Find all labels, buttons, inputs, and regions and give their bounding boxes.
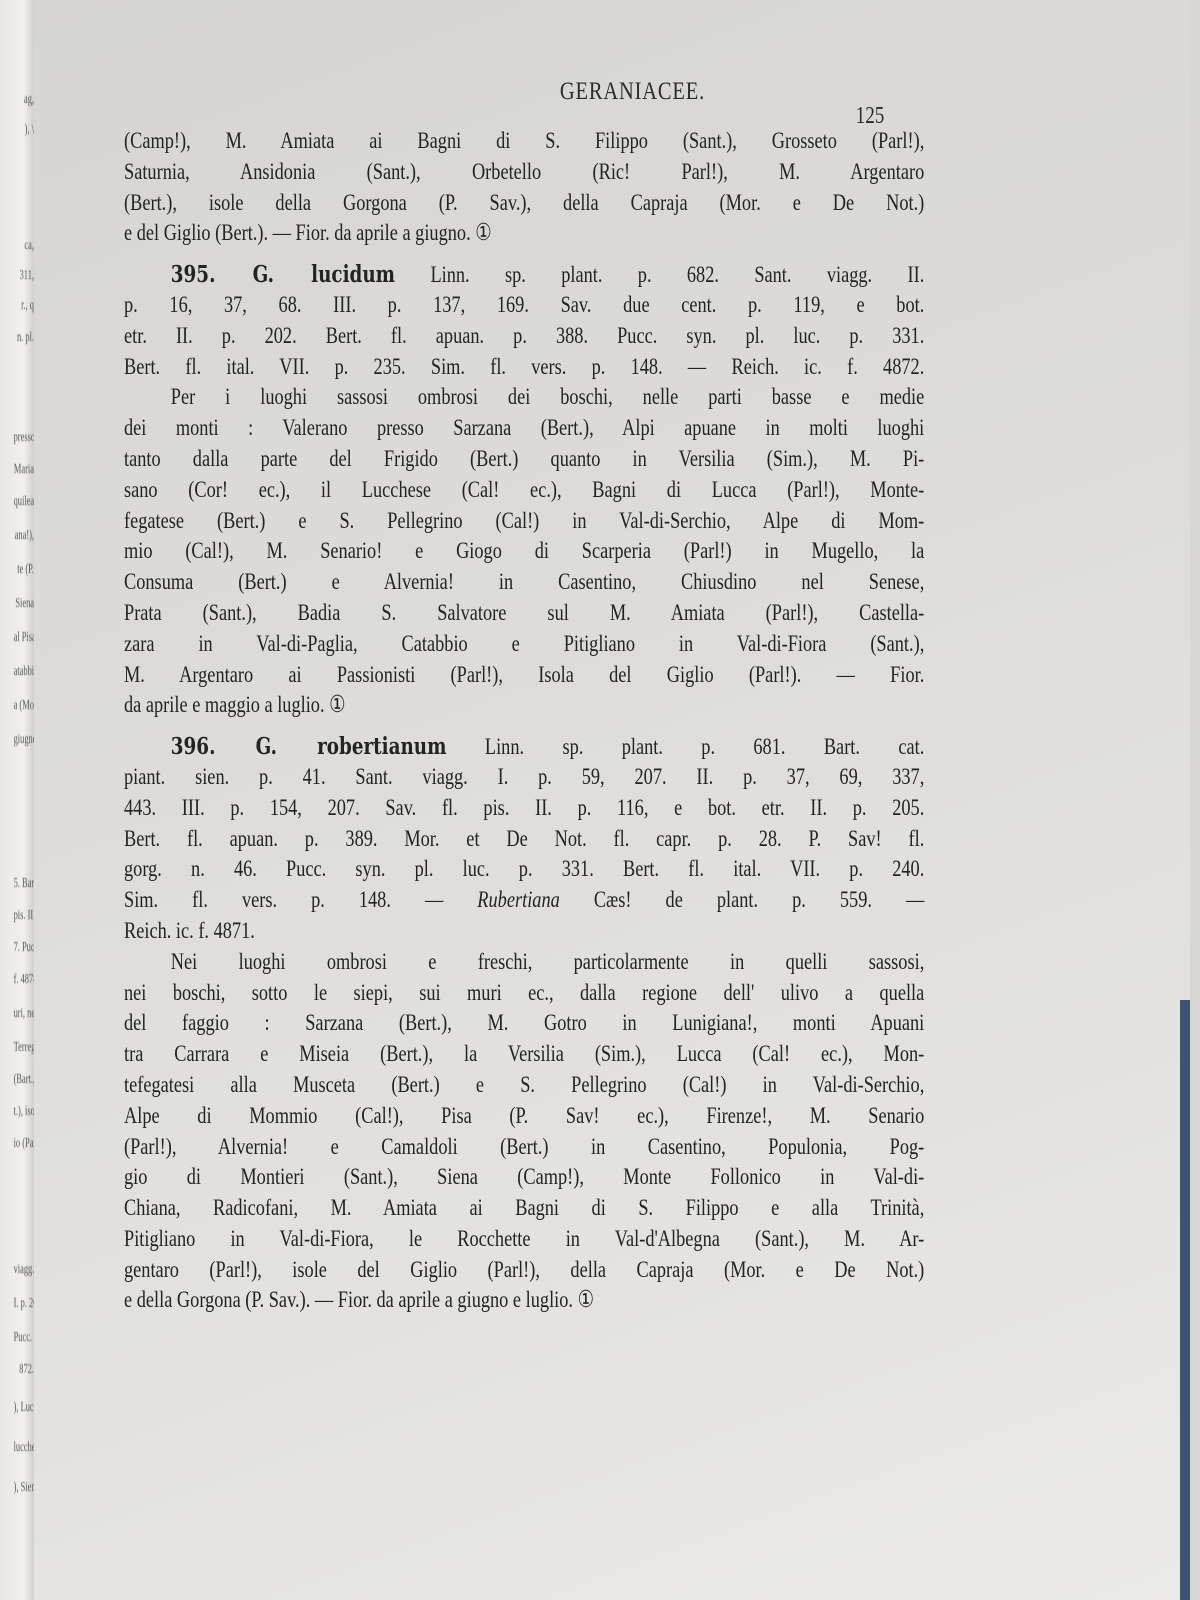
facing-page-text-fragment: ), Siena	[14, 1480, 34, 1496]
species-entry-395: 395. G. lucidum Linn. sp. plant. p. 682.…	[124, 259, 924, 382]
habitat-paragraph-395: Per i luoghi sassosi ombrosi dei boschi,…	[124, 382, 924, 721]
text-line: Per i luoghi sassosi ombrosi dei boschi,…	[124, 382, 924, 413]
facing-page-text-fragment: 311,	[14, 268, 34, 284]
facing-page-text-fragment: ), Lucca	[14, 1400, 34, 1416]
facing-page-text-fragment: giugno,	[14, 732, 34, 748]
entry-heading-line: 396. G. robertianum Linn. sp. plant. p. …	[124, 731, 924, 762]
text-line: tra Carrara e Miseia (Bert.), la Versili…	[124, 1039, 924, 1070]
page-body: (Camp!), M. Amiata ai Bagni di S. Filipp…	[124, 126, 924, 1316]
text-line: Bert. fl. ital. VII. p. 235. Sim. fl. ve…	[124, 352, 924, 383]
text-line: Nei luoghi ombrosi e freschi, particolar…	[124, 947, 924, 978]
entry-number: 395	[171, 260, 209, 288]
text-line: sano (Cor! ec.), il Lucchese (Cal! ec.),…	[124, 475, 924, 506]
text-line: del faggio : Sarzana (Bert.), M. Gotro i…	[124, 1008, 924, 1039]
facing-page-text-fragment: te (P.	[14, 562, 34, 578]
text-line: mio (Cal!), M. Senario! e Giogo di Scarp…	[124, 536, 924, 567]
text-line: Bert. fl. apuan. p. 389. Mor. et De Not.…	[124, 824, 924, 855]
facing-page-text-fragment: atabbio	[14, 664, 34, 680]
synonym-name: Rubertiana	[477, 887, 559, 913]
continuation-paragraph: (Camp!), M. Amiata ai Bagni di S. Filipp…	[124, 126, 924, 249]
facing-page-text-fragment: quilea	[14, 494, 34, 510]
text-line: 443. III. p. 154, 207. Sav. fl. pis. II.…	[124, 793, 924, 824]
facing-page-text-fragment: ca,	[14, 238, 34, 254]
text-line: e del Giglio (Bert.). — Fior. da aprile …	[124, 218, 924, 249]
text-line: Pitigliano in Val-di-Fiora, le Rocchette…	[124, 1224, 924, 1255]
text-line: (Bert.), isole della Gorgona (P. Sav.), …	[124, 188, 924, 219]
text-line: tanto dalla parte del Frigido (Bert.) qu…	[124, 444, 924, 475]
text-line: tefegatesi alla Musceta (Bert.) e S. Pel…	[124, 1070, 924, 1101]
facing-page-text-fragment: (Bart.,	[14, 1072, 34, 1088]
running-title: GERANIACEE.	[559, 78, 704, 106]
facing-page-edge: ag,), \ca,311,r., qn. pl.pressoMariaquil…	[0, 0, 34, 1600]
book-cover-edge	[1180, 1000, 1190, 1600]
text-line: dei monti : Valerano presso Sarzana (Ber…	[124, 413, 924, 444]
text-line: e della Gorgona (P. Sav.). — Fior. da ap…	[124, 1285, 924, 1316]
facing-page-text-fragment: f. 4878	[14, 972, 34, 988]
facing-page-text-fragment: n. pl.	[14, 330, 34, 346]
facing-page-text-fragment: ag,	[14, 92, 34, 108]
facing-page-text-fragment: Siena	[14, 596, 34, 612]
facing-page-text-fragment: 872.	[14, 1362, 34, 1378]
text-line: gentaro (Parl!), isole del Giglio (Parl!…	[124, 1255, 924, 1286]
text-line: Alpe di Mommio (Cal!), Pisa (P. Sav! ec.…	[124, 1101, 924, 1132]
facing-page-text-fragment: ana!),	[14, 528, 34, 544]
text-line: Prata (Sant.), Badia S. Salvatore sul M.…	[124, 598, 924, 629]
text-line: etr. II. p. 202. Bert. fl. apuan. p. 388…	[124, 321, 924, 352]
page-header: GERANIACEE.	[34, 78, 1190, 106]
facing-page-text-fragment: a (Mor.	[14, 698, 34, 714]
entry-number: 396	[171, 732, 209, 760]
habitat-paragraph-396: Nei luoghi ombrosi e freschi, particolar…	[124, 947, 924, 1317]
text-line: zara in Val-di-Paglia, Catabbio e Pitigl…	[124, 629, 924, 660]
facing-page-text-fragment: Maria	[14, 462, 34, 478]
facing-page-text-fragment: 5. Bart	[14, 876, 34, 892]
facing-page-text-fragment: ), \	[14, 122, 34, 138]
text-line: (Camp!), M. Amiata ai Bagni di S. Filipp…	[124, 126, 924, 157]
species-name: G. lucidum	[253, 260, 395, 288]
synonym-line: Sim. fl. vers. p. 148. — Rubertiana Cæs!…	[124, 885, 924, 916]
facing-page-text-fragment: Terreglio	[14, 1040, 34, 1056]
facing-page-text-fragment: r., q	[14, 298, 34, 314]
species-entry-396: 396. G. robertianum Linn. sp. plant. p. …	[124, 731, 924, 947]
facing-page-text-fragment: io (Parl!)	[14, 1136, 34, 1152]
facing-page-text-fragment: 7. Pucc.	[14, 940, 34, 956]
text-line: gio di Montieri (Sant.), Siena (Camp!), …	[124, 1162, 924, 1193]
text-line: (Parl!), Alvernia! e Camaldoli (Bert.) i…	[124, 1132, 924, 1163]
text-line: gorg. n. 46. Pucc. syn. pl. luc. p. 331.…	[124, 854, 924, 885]
citation-text: Linn. sp. plant. p. 681. Bart. cat.	[485, 734, 924, 760]
facing-page-text-fragment: lucchese	[14, 1440, 34, 1456]
citation-text: Linn. sp. plant. p. 682. Sant. viagg. II…	[430, 262, 924, 288]
facing-page-text-fragment: pis. II.	[14, 908, 34, 924]
facing-page-text-fragment: viagg. I.	[14, 1262, 34, 1278]
text-line: M. Argentaro ai Passionisti (Parl!), Iso…	[124, 660, 924, 691]
text-line: Chiana, Radicofani, M. Amiata ai Bagni d…	[124, 1193, 924, 1224]
species-name: G. robertianum	[256, 732, 447, 760]
text-line: Reich. ic. f. 4871.	[124, 916, 924, 947]
text-line: Saturnia, Ansidonia (Sant.), Orbetello (…	[124, 157, 924, 188]
facing-page-text-fragment: presso	[14, 430, 34, 446]
entry-heading-line: 395. G. lucidum Linn. sp. plant. p. 682.…	[124, 259, 924, 290]
book-page: GERANIACEE. 125 (Camp!), M. Amiata ai Ba…	[34, 0, 1190, 1600]
text-line: fegatese (Bert.) e S. Pellegrino (Cal!) …	[124, 506, 924, 537]
facing-page-text-fragment: Pucc. syn	[14, 1330, 34, 1346]
facing-page-text-fragment: I. p. 205	[14, 1296, 34, 1312]
text-line: nei boschi, sotto le siepi, sui muri ec.…	[124, 978, 924, 1009]
text-line: piant. sien. p. 41. Sant. viagg. I. p. 5…	[124, 762, 924, 793]
text-line: da aprile e maggio a luglio. ①	[124, 690, 924, 721]
facing-page-text-fragment: t.), isole	[14, 1104, 34, 1120]
text-line: p. 16, 37, 68. III. p. 137, 169. Sav. du…	[124, 290, 924, 321]
facing-page-text-fragment: uri, nei	[14, 1006, 34, 1022]
facing-page-text-fragment: al Pisa	[14, 630, 34, 646]
text-line: Consuma (Bert.) e Alvernia! in Casentino…	[124, 567, 924, 598]
